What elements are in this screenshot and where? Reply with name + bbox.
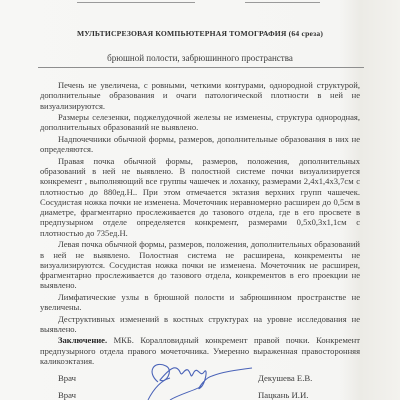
- paragraph-spleen-pancreas: Размеры селезенки, поджелудочной железы …: [40, 112, 360, 133]
- paragraph-liver: Печень не увеличена, с ровными, четкими …: [40, 80, 360, 111]
- paragraph-adrenals: Надпочечники обычной формы, размеров, до…: [40, 134, 360, 155]
- paragraph-left-kidney: Левая почка обычной формы, размеров, пол…: [40, 239, 360, 290]
- signature-role-1: Врач: [58, 373, 76, 383]
- paragraph-right-kidney: Правая почка обычной формы, размеров, по…: [40, 156, 360, 238]
- paragraph-lymph-nodes: Лимфатические узлы в брюшной полости и з…: [40, 292, 360, 313]
- signature-name-2: Пацкань И.И.: [258, 390, 308, 400]
- document-subtitle: брюшной полости, забрюшинного пространст…: [0, 53, 400, 63]
- paragraph-bones: Деструктивных изменений в костных структ…: [40, 314, 360, 335]
- document-title: МУЛЬТИСРЕЗОВАЯ КОМПЬЮТЕРНАЯ ТОМОГРАФИЯ (…: [0, 29, 400, 38]
- scanned-document-page: МУЛЬТИСРЕЗОВАЯ КОМПЬЮТЕРНАЯ ТОМОГРАФИЯ (…: [0, 0, 400, 400]
- conclusion: Заключение. МКБ. Коралловидный конкремен…: [40, 335, 360, 366]
- header-rule-right: [245, 2, 320, 3]
- signature-role-2: Врач: [58, 390, 76, 400]
- report-body: Печень не увеличена, с ровными, четкими …: [40, 80, 360, 368]
- conclusion-label: Заключение.: [58, 335, 107, 345]
- subtitle-underline: [38, 67, 364, 68]
- header-rule-left: [77, 2, 195, 3]
- signature-name-1: Декушева Е.В.: [258, 373, 312, 383]
